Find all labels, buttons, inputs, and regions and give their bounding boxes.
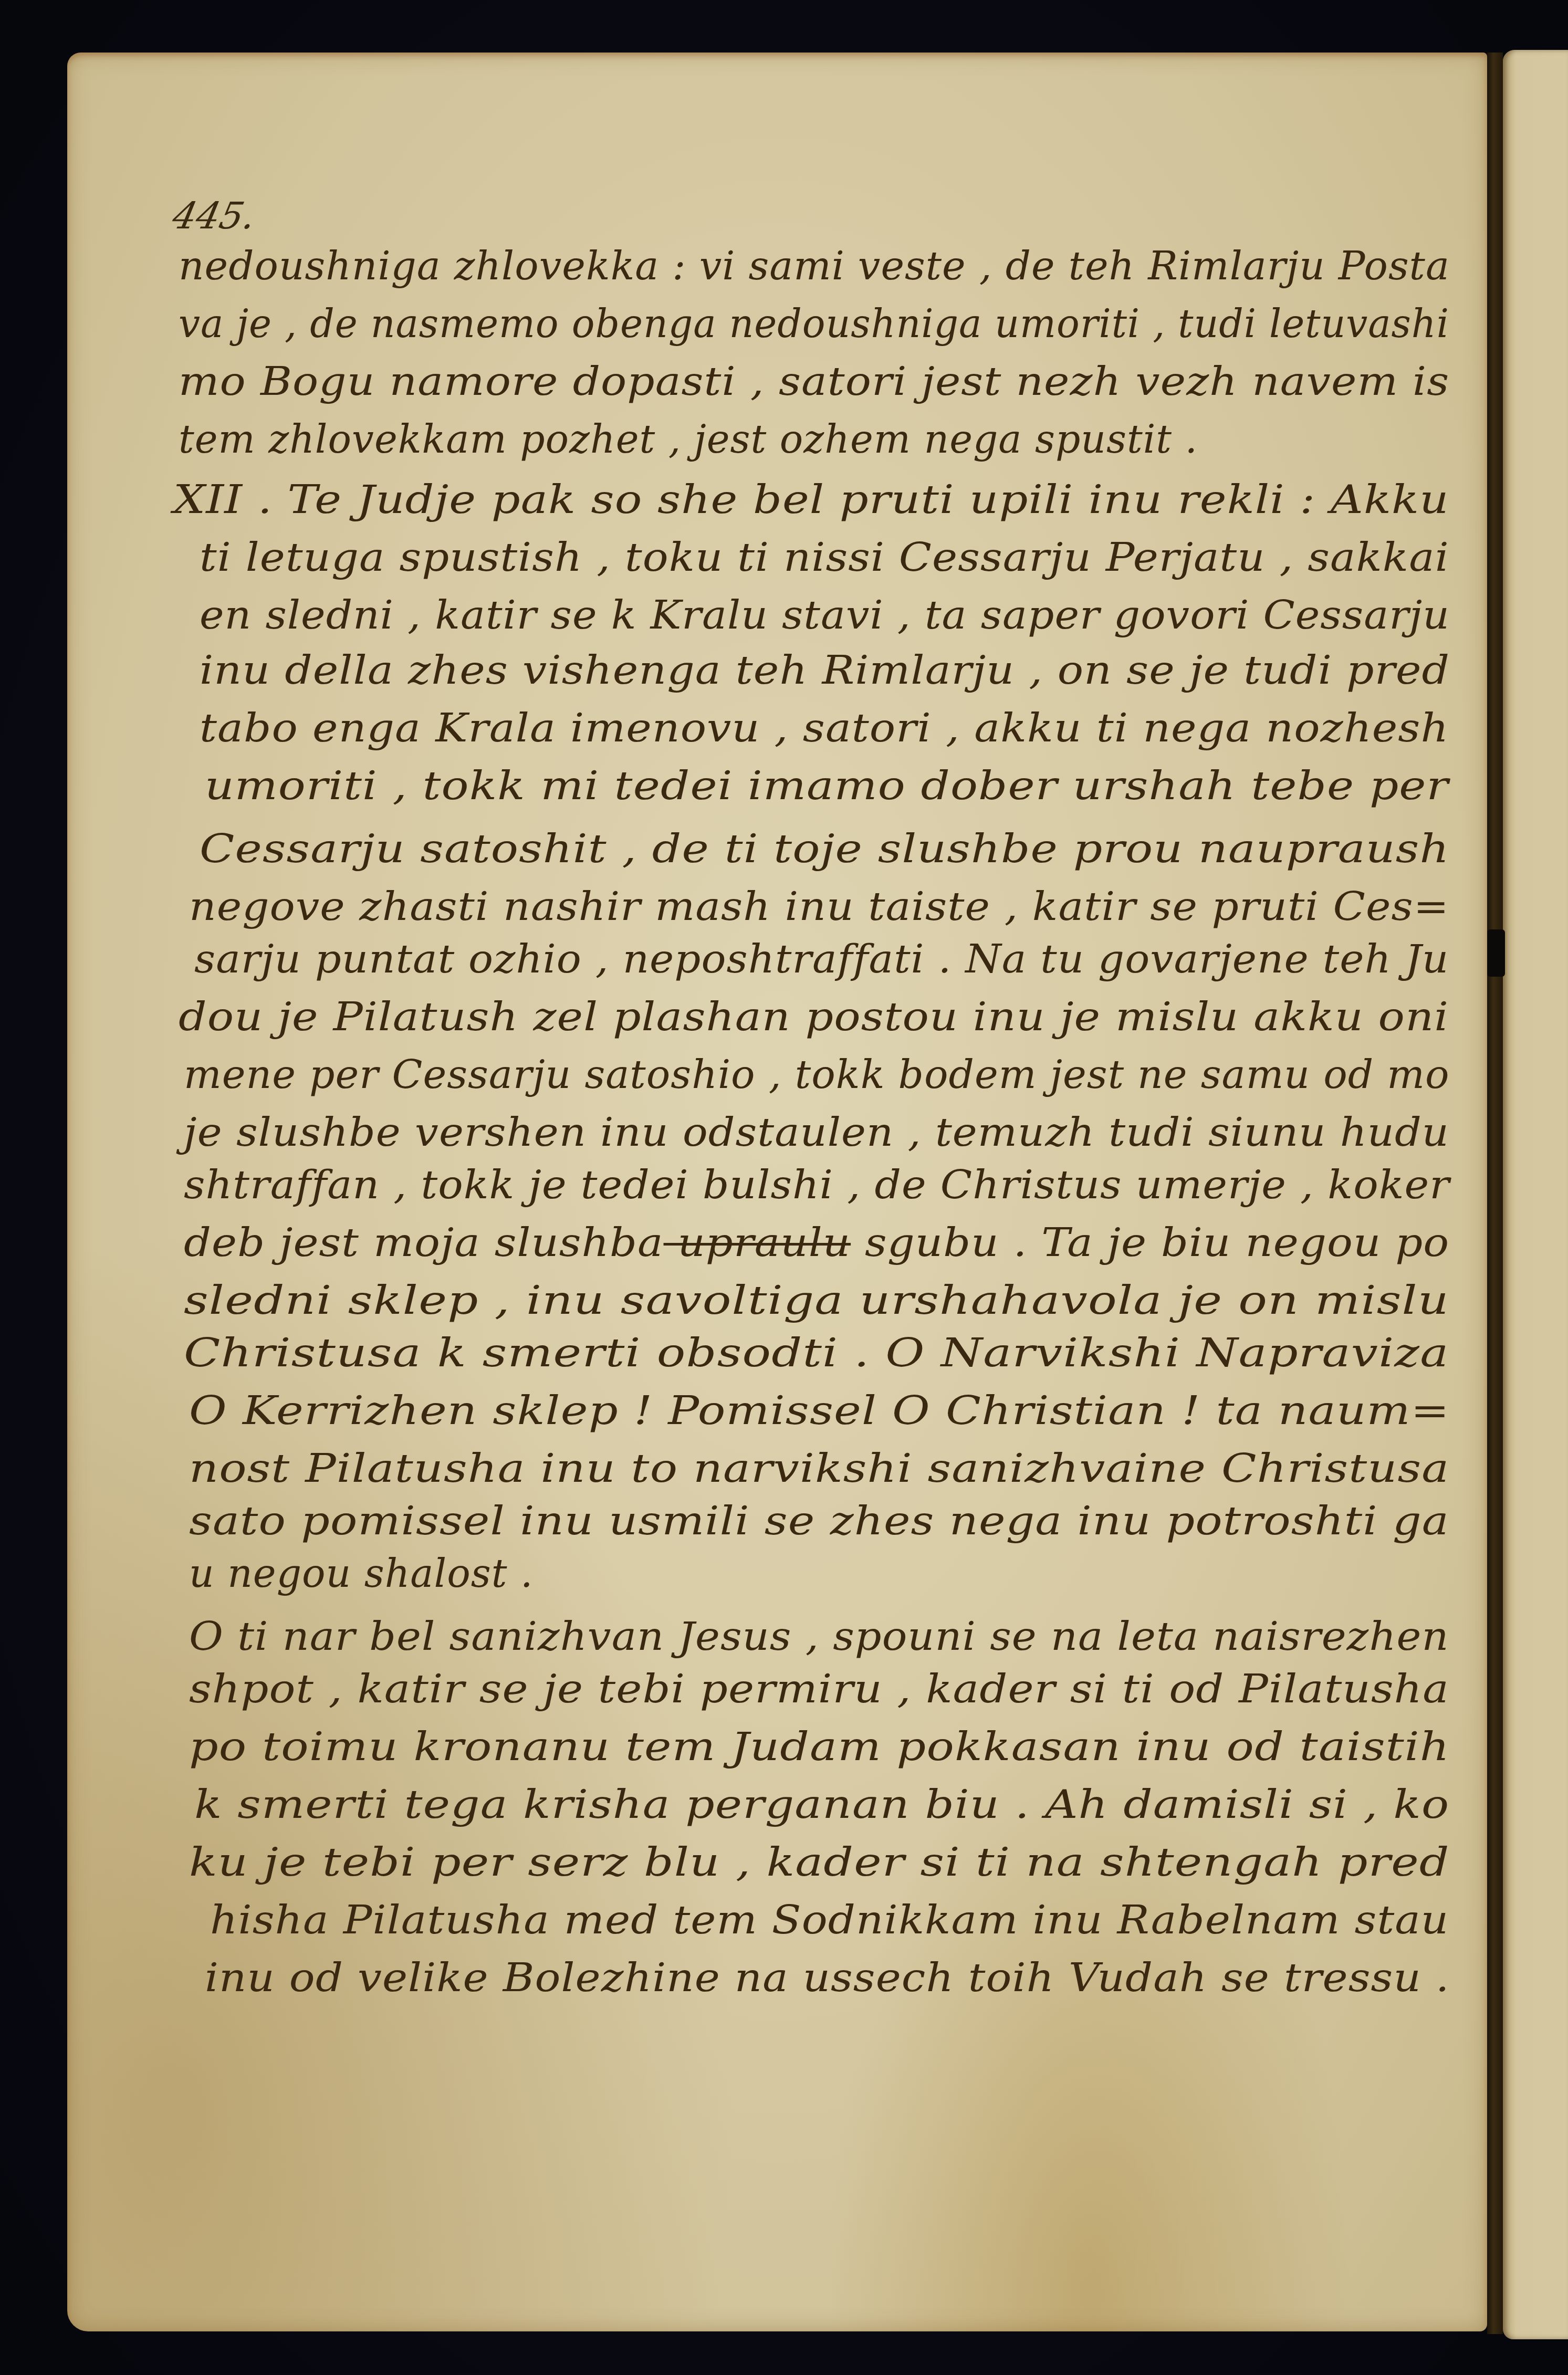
manuscript-line: nost Pilatusha inu to narvikshi sanizhva… (189, 1449, 1449, 1488)
manuscript-line: hisha Pilatusha med tem Sodnikkam inu Ra… (210, 1901, 1449, 1940)
line-text: Christusa k smerti obsodti . O Narvikshi… (184, 1331, 1449, 1376)
manuscript-line: O ti nar bel sanizhvan Jesus , spouni se… (189, 1617, 1449, 1656)
line-text: sarju puntat ozhio , neposhtraffati . Na… (194, 937, 1449, 982)
line-text: deb jest moja slushba (184, 1220, 664, 1265)
manuscript-line: negove zhasti nashir mash inu taiste , k… (189, 887, 1449, 926)
line-text: Cessarju satoshit , de ti toje slushbe p… (200, 826, 1449, 872)
manuscript-line: en sledni , katir se k Kralu stavi , ta … (200, 596, 1450, 635)
page-number: 445. (169, 194, 259, 237)
manuscript-line: inu della zhes vishenga teh Rimlarju , o… (200, 651, 1450, 690)
line-text: k smerti tega krisha perganan biu . Ah d… (194, 1782, 1449, 1827)
manuscript-line: k smerti tega krisha perganan biu . Ah d… (194, 1785, 1449, 1824)
manuscript-line: XII . Te Judje pak so she bel pruti upil… (173, 480, 1449, 519)
manuscript-line: mene per Cessarju satoshio , tokk bodem … (184, 1055, 1450, 1094)
manuscript-line: ti letuga spustish , toku ti nissi Cessa… (200, 538, 1449, 577)
line-text: inu od velike Bolezhine na ussech toih V… (205, 1955, 1450, 2001)
manuscript-line: tem zhlovekkam pozhet , jest ozhem nega … (179, 420, 1198, 459)
manuscript-line: deb jest moja slushba upraulu sgubu . Ta… (184, 1223, 1449, 1262)
line-text: nost Pilatusha inu to narvikshi sanizhva… (189, 1446, 1449, 1491)
line-text: negove zhasti nashir mash inu taiste , k… (189, 884, 1449, 929)
line-text: inu della zhes vishenga teh Rimlarju , o… (200, 648, 1450, 693)
line-text: tem zhlovekkam pozhet , jest ozhem nega … (179, 417, 1198, 462)
manuscript-line: shtraffan , tokk je tedei bulshi , de Ch… (184, 1166, 1450, 1205)
line-text: XII . Te Judje pak so she bel pruti upil… (173, 477, 1449, 522)
line-text: umoriti , tokk mi tedei imamo dober ursh… (205, 763, 1449, 809)
line-text: je slushbe vershen inu odstaulen , temuz… (184, 1110, 1449, 1155)
line-text: va je , de nasmemo obenga nedoushniga um… (179, 301, 1449, 347)
manuscript-line: sato pomissel inu usmili se zhes nega in… (189, 1502, 1449, 1541)
manuscript-line: shpot , katir se je tebi permiru , kader… (189, 1670, 1449, 1709)
line-text: mo Bogu namore dopasti , satori jest nez… (179, 359, 1449, 404)
line-text: nedoushniga zhlovekka : vi sami veste , … (179, 244, 1450, 289)
line-text: tabo enga Krala imenovu , satori , akku … (200, 706, 1449, 751)
manuscript-line: u negou shalost . (189, 1554, 533, 1593)
line-text: dou je Pilatush zel plashan postou inu j… (179, 995, 1449, 1040)
line-text: shtraffan , tokk je tedei bulshi , de Ch… (184, 1163, 1450, 1208)
page-text: 445. nedoushniga zhlovekka : vi sami ves… (0, 0, 1568, 2375)
manuscript-line: tabo enga Krala imenovu , satori , akku … (200, 709, 1449, 748)
line-text: sledni sklep , inu savoltiga urshahavola… (184, 1278, 1449, 1323)
manuscript-line: va je , de nasmemo obenga nedoushniga um… (179, 305, 1449, 343)
line-text: u negou shalost . (189, 1551, 533, 1596)
line-text: hisha Pilatusha med tem Sodnikkam inu Ra… (210, 1898, 1449, 1943)
manuscript-line: umoriti , tokk mi tedei imamo dober ursh… (205, 767, 1449, 805)
manuscript-line: ku je tebi per serz blu , kader si ti na… (189, 1843, 1450, 1882)
manuscript-line: Cessarju satoshit , de ti toje slushbe p… (200, 830, 1449, 869)
manuscript-line: mo Bogu namore dopasti , satori jest nez… (179, 362, 1449, 401)
line-text-continued: sgubu . Ta je biu negou po (851, 1220, 1449, 1265)
manuscript-line: sledni sklep , inu savoltiga urshahavola… (184, 1281, 1449, 1320)
line-text: O Kerrizhen sklep ! Pomissel O Christian… (189, 1388, 1450, 1434)
line-text: ti letuga spustish , toku ti nissi Cessa… (200, 535, 1449, 580)
manuscript-line: sarju puntat ozhio , neposhtraffati . Na… (194, 940, 1449, 979)
manuscript-line: po toimu kronanu tem Judam pokkasan inu … (189, 1728, 1450, 1766)
manuscript-line: O Kerrizhen sklep ! Pomissel O Christian… (189, 1391, 1450, 1430)
manuscript-photo: 445. nedoushniga zhlovekka : vi sami ves… (0, 0, 1568, 2375)
manuscript-line: je slushbe vershen inu odstaulen , temuz… (184, 1113, 1449, 1152)
line-text: en sledni , katir se k Kralu stavi , ta … (200, 593, 1450, 638)
manuscript-line: nedoushniga zhlovekka : vi sami veste , … (179, 247, 1450, 286)
line-text: sato pomissel inu usmili se zhes nega in… (189, 1499, 1449, 1544)
manuscript-line: dou je Pilatush zel plashan postou inu j… (179, 998, 1449, 1037)
manuscript-line: inu od velike Bolezhine na ussech toih V… (205, 1959, 1450, 1997)
line-text: shpot , katir se je tebi permiru , kader… (189, 1667, 1449, 1712)
line-text: po toimu kronanu tem Judam pokkasan inu … (189, 1724, 1450, 1770)
line-text: O ti nar bel sanizhvan Jesus , spouni se… (189, 1614, 1449, 1659)
manuscript-line: Christusa k smerti obsodti . O Narvikshi… (184, 1334, 1449, 1373)
struck-out-word: upraulu (664, 1220, 851, 1265)
line-text: ku je tebi per serz blu , kader si ti na… (189, 1840, 1450, 1885)
line-text: mene per Cessarju satoshio , tokk bodem … (184, 1052, 1450, 1097)
